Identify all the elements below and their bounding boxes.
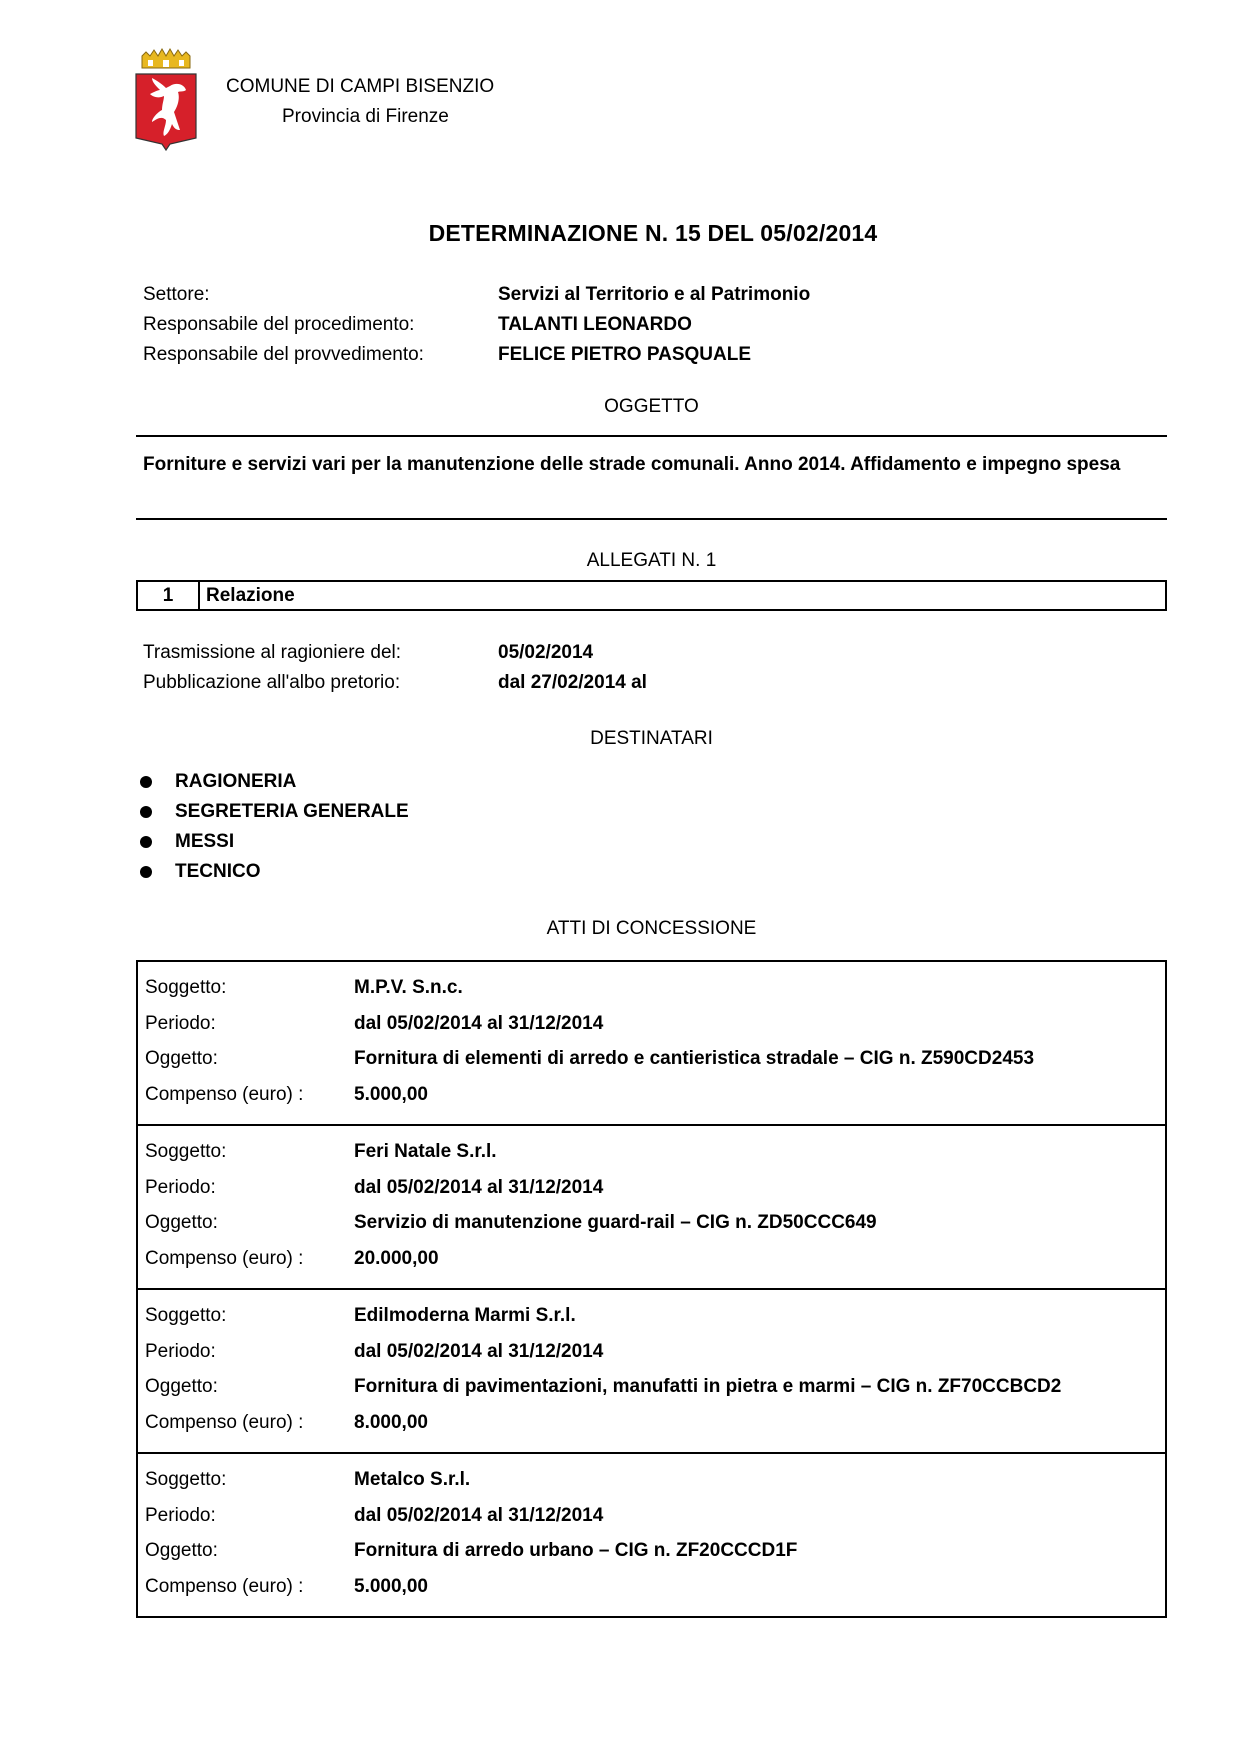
- meta-row-procedimento: Responsabile del procedimento: TALANTI L…: [143, 310, 810, 340]
- field-value: dal 05/02/2014 al 31/12/2014: [354, 1498, 603, 1534]
- field-label: Soggetto:: [145, 1298, 354, 1334]
- field-label: Periodo:: [145, 1170, 354, 1206]
- atto-oggetto: Oggetto:Fornitura di pavimentazioni, man…: [145, 1369, 1165, 1405]
- field-value: 20.000,00: [354, 1241, 439, 1277]
- field-value: 5.000,00: [354, 1077, 428, 1113]
- atto-compenso: Compenso (euro) :20.000,00: [145, 1241, 1165, 1277]
- allegato-number: 1: [138, 582, 200, 609]
- atto-periodo: Periodo:dal 05/02/2014 al 31/12/2014: [145, 1334, 1165, 1370]
- atto-periodo: Periodo:dal 05/02/2014 al 31/12/2014: [145, 1170, 1165, 1206]
- destinatario: MESSI: [175, 827, 234, 857]
- allegato-name[interactable]: Relazione: [200, 582, 295, 609]
- transmission-info: Trasmissione al ragioniere del: 05/02/20…: [143, 638, 647, 698]
- field-value: M.P.V. S.n.c.: [354, 970, 463, 1006]
- atto-soggetto: Soggetto:Metalco S.r.l.: [145, 1462, 1165, 1498]
- atto-entry: Soggetto:Edilmoderna Marmi S.r.l. Period…: [138, 1288, 1165, 1452]
- list-item: MESSI: [140, 827, 409, 857]
- meta-value: Servizi al Territorio e al Patrimonio: [498, 280, 810, 310]
- oggetto-heading: OGGETTO: [136, 396, 1167, 418]
- atto-oggetto: Oggetto:Fornitura di arredo urbano – CIG…: [145, 1533, 1165, 1569]
- atto-entry: Soggetto:Metalco S.r.l. Periodo:dal 05/0…: [138, 1452, 1165, 1616]
- field-label: Oggetto:: [145, 1533, 354, 1569]
- bullet-icon: [140, 836, 152, 848]
- divider: [136, 435, 1167, 437]
- bullet-icon: [140, 866, 152, 878]
- field-value: Metalco S.r.l.: [354, 1462, 470, 1498]
- field-value: dal 05/02/2014 al 31/12/2014: [354, 1334, 603, 1370]
- trasmissione-label: Trasmissione al ragioniere del:: [143, 638, 498, 668]
- field-label: Compenso (euro) :: [145, 1241, 354, 1277]
- destinatari-list: RAGIONERIA SEGRETERIA GENERALE MESSI TEC…: [140, 767, 409, 887]
- field-label: Compenso (euro) :: [145, 1569, 354, 1605]
- atto-entry: Soggetto:M.P.V. S.n.c. Periodo:dal 05/02…: [138, 962, 1165, 1124]
- list-item: SEGRETERIA GENERALE: [140, 797, 409, 827]
- field-value: Edilmoderna Marmi S.r.l.: [354, 1298, 576, 1334]
- field-value: Fornitura di elementi di arredo e cantie…: [354, 1041, 1034, 1077]
- coat-of-arms-icon: [134, 46, 198, 154]
- meta-row-settore: Settore: Servizi al Territorio e al Patr…: [143, 280, 810, 310]
- oggetto-text: Forniture e servizi vari per la manutenz…: [143, 450, 1163, 480]
- pubblicazione-label: Pubblicazione all'albo pretorio:: [143, 668, 498, 698]
- meta-label: Responsabile del procedimento:: [143, 310, 498, 340]
- atti-heading: ATTI DI CONCESSIONE: [136, 918, 1167, 940]
- municipality-header: COMUNE DI CAMPI BISENZIO Provincia di Fi…: [226, 72, 494, 132]
- meta-row-provvedimento: Responsabile del provvedimento: FELICE P…: [143, 340, 810, 370]
- meta-value: FELICE PIETRO PASQUALE: [498, 340, 751, 370]
- bullet-icon: [140, 806, 152, 818]
- field-label: Oggetto:: [145, 1205, 354, 1241]
- list-item: RAGIONERIA: [140, 767, 409, 797]
- field-value: dal 05/02/2014 al 31/12/2014: [354, 1170, 603, 1206]
- atto-soggetto: Soggetto:Feri Natale S.r.l.: [145, 1134, 1165, 1170]
- divider: [136, 518, 1167, 520]
- field-label: Compenso (euro) :: [145, 1077, 354, 1113]
- atto-compenso: Compenso (euro) :5.000,00: [145, 1569, 1165, 1605]
- atto-oggetto: Oggetto:Servizio di manutenzione guard-r…: [145, 1205, 1165, 1241]
- field-value: 8.000,00: [354, 1405, 428, 1441]
- destinatari-heading: DESTINATARI: [136, 728, 1167, 750]
- atto-periodo: Periodo:dal 05/02/2014 al 31/12/2014: [145, 1498, 1165, 1534]
- field-label: Soggetto:: [145, 1134, 354, 1170]
- pubblicazione-row: Pubblicazione all'albo pretorio: dal 27/…: [143, 668, 647, 698]
- pubblicazione-value: dal 27/02/2014 al: [498, 668, 647, 698]
- atto-oggetto: Oggetto:Fornitura di elementi di arredo …: [145, 1041, 1165, 1077]
- field-label: Oggetto:: [145, 1041, 354, 1077]
- allegati-table: 1 Relazione: [136, 580, 1167, 611]
- field-label: Periodo:: [145, 1006, 354, 1042]
- field-label: Periodo:: [145, 1334, 354, 1370]
- field-value: Fornitura di pavimentazioni, manufatti i…: [354, 1369, 1061, 1405]
- atto-compenso: Compenso (euro) :8.000,00: [145, 1405, 1165, 1441]
- field-label: Soggetto:: [145, 970, 354, 1006]
- province-name: Provincia di Firenze: [226, 102, 494, 132]
- meta-label: Responsabile del provvedimento:: [143, 340, 498, 370]
- atti-table: Soggetto:M.P.V. S.n.c. Periodo:dal 05/02…: [136, 960, 1167, 1618]
- atto-entry: Soggetto:Feri Natale S.r.l. Periodo:dal …: [138, 1124, 1165, 1288]
- field-label: Compenso (euro) :: [145, 1405, 354, 1441]
- field-value: dal 05/02/2014 al 31/12/2014: [354, 1006, 603, 1042]
- field-value: 5.000,00: [354, 1569, 428, 1605]
- atto-compenso: Compenso (euro) :5.000,00: [145, 1077, 1165, 1113]
- atto-soggetto: Soggetto:M.P.V. S.n.c.: [145, 970, 1165, 1006]
- field-label: Oggetto:: [145, 1369, 354, 1405]
- destinatario: SEGRETERIA GENERALE: [175, 797, 409, 827]
- meta-label: Settore:: [143, 280, 498, 310]
- bullet-icon: [140, 776, 152, 788]
- field-value: Feri Natale S.r.l.: [354, 1134, 497, 1170]
- meta-value: TALANTI LEONARDO: [498, 310, 692, 340]
- list-item: TECNICO: [140, 857, 409, 887]
- field-value: Servizio di manutenzione guard-rail – CI…: [354, 1205, 877, 1241]
- municipality-name: COMUNE DI CAMPI BISENZIO: [226, 72, 494, 102]
- field-value: Fornitura di arredo urbano – CIG n. ZF20…: [354, 1533, 797, 1569]
- atto-soggetto: Soggetto:Edilmoderna Marmi S.r.l.: [145, 1298, 1165, 1334]
- field-label: Soggetto:: [145, 1462, 354, 1498]
- destinatario: RAGIONERIA: [175, 767, 296, 797]
- trasmissione-value: 05/02/2014: [498, 638, 593, 668]
- atto-periodo: Periodo:dal 05/02/2014 al 31/12/2014: [145, 1006, 1165, 1042]
- destinatario: TECNICO: [175, 857, 261, 887]
- field-label: Periodo:: [145, 1498, 354, 1534]
- document-meta: Settore: Servizi al Territorio e al Patr…: [143, 280, 810, 370]
- document-title: DETERMINAZIONE N. 15 DEL 05/02/2014: [0, 220, 1240, 247]
- trasmissione-row: Trasmissione al ragioniere del: 05/02/20…: [143, 638, 647, 668]
- allegati-heading: ALLEGATI N. 1: [136, 550, 1167, 572]
